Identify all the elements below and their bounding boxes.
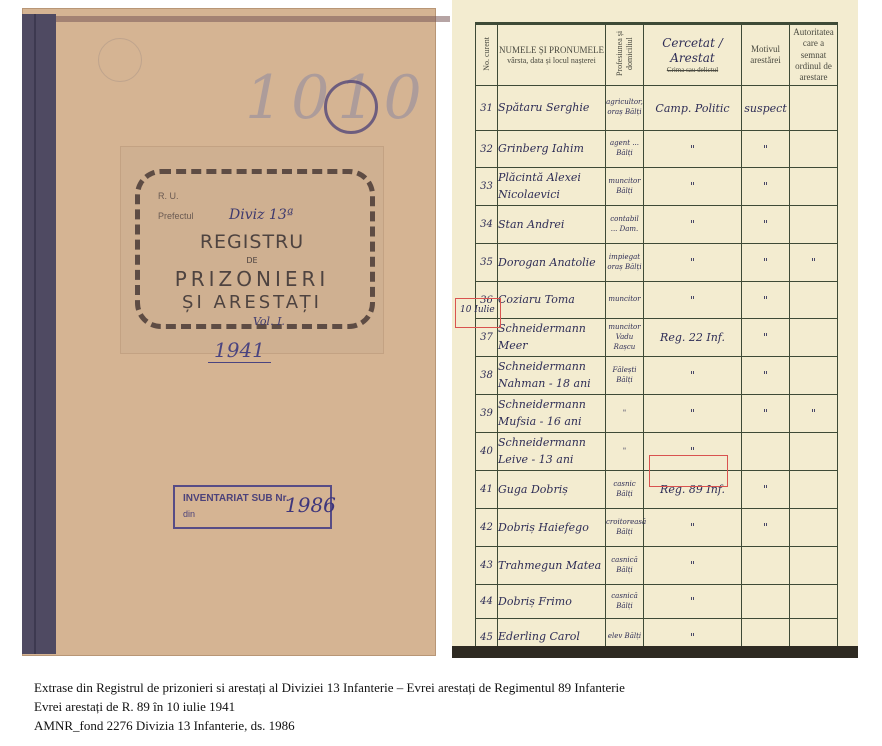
row-crime: " [644,206,742,244]
row-crime: " [644,282,742,319]
row-profession: " [606,433,644,471]
col-header-authority: Autoritatea care a semnat ordinul de are… [790,24,838,86]
row-authority [790,547,838,585]
table-row: 43Trahmegun Mateacasnică Bălți" [476,547,838,585]
row-name: Dobriș Haiefego [498,509,606,547]
row-number: 39 [476,395,498,433]
handwritten-unit: Diviz 13ª [229,207,293,223]
row-motive [742,433,790,471]
row-number: 44 [476,585,498,619]
table-row: 42Dobriș Haiefegocroitoreasă Bălți"" [476,509,838,547]
row-crime: " [644,395,742,433]
row-number: 38 [476,357,498,395]
row-motive: " [742,357,790,395]
cover-spine [22,14,56,654]
row-number: 35 [476,244,498,282]
handwritten-volume: Vol. I. [253,315,285,328]
inventory-stamp-din: din [183,509,195,519]
round-stamp [324,80,378,134]
caption-line-3: AMNR_fond 2276 Divizia 13 Infanterie, ds… [34,716,625,735]
handwritten-year: 1941 [208,338,271,363]
inventory-stamp-label: INVENTARIAT SUB Nr. [183,493,289,504]
table-row: 36Coziaru Tomamuncitor"" [476,282,838,319]
inventory-number: 1986 [285,493,336,517]
row-motive [742,547,790,585]
label-title-registru: REGISTRU [121,231,383,253]
col-header-crime: Cercetat / Arestat Crima sau delictul [644,24,742,86]
caption-line-1: Extrase din Registrul de prizonieri si a… [34,678,625,697]
row-profession: muncitor Bălți [606,168,644,206]
table-header-row: No. curent NUMELE ȘI PRONUMELE vârsta, d… [476,24,838,86]
row-name: Schneidermann Meer [498,319,606,357]
row-number: 41 [476,471,498,509]
row-crime: Reg. 22 Inf. [644,319,742,357]
inventory-stamp: INVENTARIAT SUB Nr. din 1986 [173,485,332,529]
highlight-date-note: 10 Iulie [455,298,501,328]
cover-label: R. U. Prefectul Diviz 13ª REGISTRU DE PR… [120,146,384,354]
register-page-photo: No. curent NUMELE ȘI PRONUMELE vârsta, d… [452,0,858,656]
table-row: 35Dorogan Anatolieimpiegat oraș Bălți""" [476,244,838,282]
margin-date-note: 10 Iulie [460,305,495,315]
row-profession: agricultor, oraș Bălți [606,86,644,131]
row-crime: " [644,168,742,206]
row-number: 33 [476,168,498,206]
row-motive: " [742,168,790,206]
row-authority [790,206,838,244]
row-name: Stan Andrei [498,206,606,244]
row-authority [790,168,838,206]
col-header-name: NUMELE ȘI PRONUMELE vârsta, data și locu… [498,24,606,86]
row-name: Trahmegun Matea [498,547,606,585]
row-profession: muncitor [606,282,644,319]
table-row: 38Schneidermann Nahman - 18 aniFălești B… [476,357,838,395]
table-row: 37Schneidermann Meermuncitor Vadu RașcuR… [476,319,838,357]
table-row: 33Plăcintă Alexei Nicolaevicimuncitor Bă… [476,168,838,206]
table-row: 34Stan Andreicontabil ... Dam."" [476,206,838,244]
row-name: Dobriș Frimo [498,585,606,619]
table-row: 32Grinberg Iahimagent ... Bălți"" [476,131,838,168]
row-number: 42 [476,509,498,547]
row-authority [790,471,838,509]
row-motive: " [742,131,790,168]
row-motive: " [742,509,790,547]
row-profession: " [606,395,644,433]
row-number: 31 [476,86,498,131]
row-profession: Fălești Bălți [606,357,644,395]
row-authority [790,86,838,131]
row-number: 32 [476,131,498,168]
row-name: Spătaru Serghie [498,86,606,131]
row-name: Dorogan Anatolie [498,244,606,282]
row-authority [790,131,838,168]
row-number: 40 [476,433,498,471]
row-authority [790,585,838,619]
label-title-arestati: ȘI ARESTAȚI [121,292,383,313]
row-crime: " [644,547,742,585]
row-profession: casnică Bălți [606,547,644,585]
row-motive: suspect [742,86,790,131]
col-header-motive: Motivul arestărei [742,24,790,86]
row-motive: " [742,319,790,357]
row-profession: contabil ... Dam. [606,206,644,244]
table-row: 44Dobriș Frimocasnică Bălți" [476,585,838,619]
row-motive: " [742,395,790,433]
row-name: Schneidermann Leive - 13 ani [498,433,606,471]
row-motive: " [742,282,790,319]
row-motive: " [742,206,790,244]
row-authority: " [790,395,838,433]
label-ru-line: R. U. [158,191,179,201]
row-motive [742,585,790,619]
row-profession: muncitor Vadu Rașcu [606,319,644,357]
caption: Extrase din Registrul de prizonieri si a… [34,678,625,735]
row-crime: " [644,357,742,395]
page-bottom-edge [452,646,858,658]
row-name: Grinberg Iahim [498,131,606,168]
row-authority [790,433,838,471]
label-pref-line: Prefectul [158,211,194,221]
row-authority [790,282,838,319]
label-title-de: DE [121,256,383,265]
highlight-regiment-89 [649,455,728,487]
row-authority [790,357,838,395]
table-row: 39Schneidermann Mufsia - 16 ani"""" [476,395,838,433]
row-profession: agent ... Bălți [606,131,644,168]
caption-line-2: Evrei arestați de R. 89 în 10 iulie 1941 [34,697,625,716]
row-name: Schneidermann Nahman - 18 ani [498,357,606,395]
row-authority [790,319,838,357]
row-authority [790,509,838,547]
row-crime: Camp. Politic [644,86,742,131]
faint-circular-stamp [98,38,142,82]
row-crime: " [644,509,742,547]
row-motive: " [742,244,790,282]
register-table: No. curent NUMELE ȘI PRONUMELE vârsta, d… [475,22,838,656]
row-profession: casnică Bălți [606,585,644,619]
register-cover-photo: 1010 R. U. Prefectul Diviz 13ª REGISTRU … [22,8,436,656]
row-crime: " [644,131,742,168]
row-crime: " [644,244,742,282]
row-profession: croitoreasă Bălți [606,509,644,547]
row-name: Plăcintă Alexei Nicolaevici [498,168,606,206]
row-motive: " [742,471,790,509]
col-header-profession: Profesiunea și domiciliul [606,24,644,86]
col-header-no: No. curent [476,24,498,86]
table-row: 31Spătaru Serghieagricultor, oraș BălțiC… [476,86,838,131]
cover-top-edge [52,16,450,22]
row-authority: " [790,244,838,282]
row-name: Schneidermann Mufsia - 16 ani [498,395,606,433]
row-number: 43 [476,547,498,585]
label-title-prizonieri: PRIZONIERI [121,267,383,291]
row-name: Guga Dobriș [498,471,606,509]
row-profession: impiegat oraș Bălți [606,244,644,282]
row-name: Coziaru Toma [498,282,606,319]
row-crime: " [644,585,742,619]
row-number: 34 [476,206,498,244]
row-profession: casnic Bălți [606,471,644,509]
